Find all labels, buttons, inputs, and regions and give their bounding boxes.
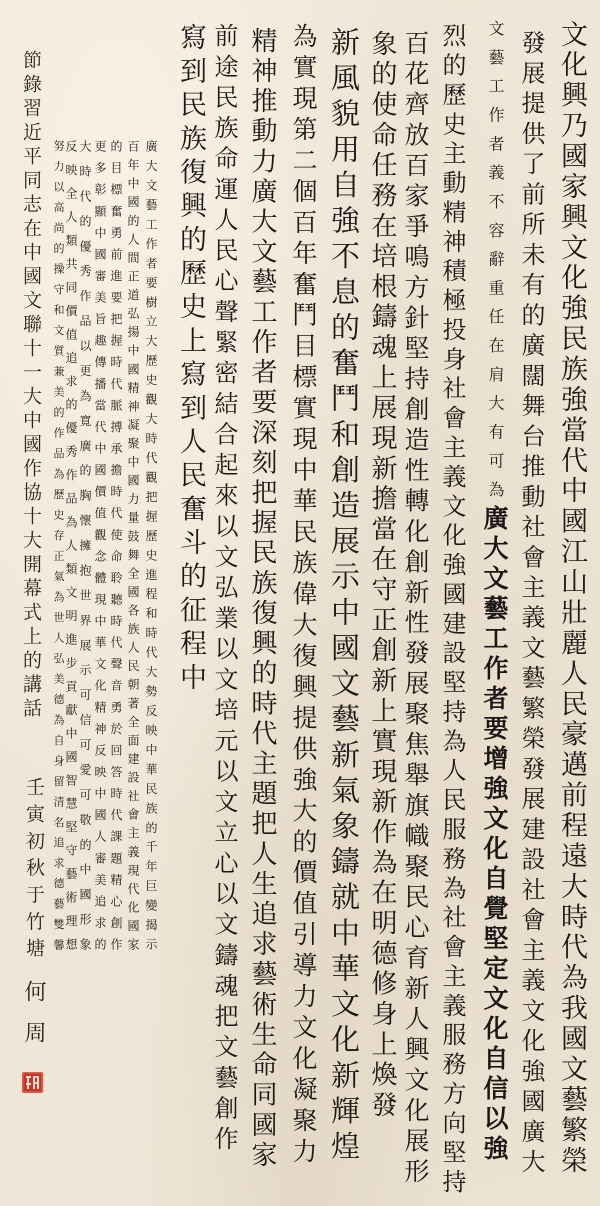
main-text-column-4: 烈的歷史主動精神積極投身社會主義文化強國建設堅持為人民服務為社會主義服務方向堅持 xyxy=(440,23,464,1193)
main-text-column-6: 象的使命任務在培根鑄魂上展現新擔當在守正創新上實現新作為在明德修身上煥發 xyxy=(369,30,395,1117)
inscription-title-line: 節錄習近平同志在中國文聯十一大中國作協十大開幕式上的講話 xyxy=(21,50,40,717)
main-text-column-7: 新風貌用自強不息的奮鬥和創造展示中國文藝新氣象鑄就中華文化新輝煌 xyxy=(329,27,358,1160)
main-text-column-1: 文化興乃國家興文化強民族強當代中國江山壯麗人民豪邁前程遠大時代為我國文藝繁榮 xyxy=(557,20,585,1173)
main-text-column-9: 精神推動力廣大文藝工作者要深刻把握民族復興的時代主題把人生追求藝術生命同國家 xyxy=(249,27,275,1167)
annotation-column-3: 的目標奮勇前進要把握時代脈搏承擔時代使命聆聽時代聲音勇於回答時代課題精心創作 xyxy=(110,140,122,950)
annotation-column-2: 百年中國的人間正道弘揚中國精神凝聚中國力量鼓舞全國各族人民朝著全面建設社會主義現… xyxy=(127,140,139,950)
main-text-column-11: 寫到民族復興的歷史上寫到人民奮斗的征程中 xyxy=(177,23,204,690)
inscription-date-place: 壬寅初秋于竹塘 xyxy=(24,777,43,957)
main-text-column-3-small: 文藝工作者義不容辭重任在肩大有可為 xyxy=(486,20,503,497)
main-text-column-10: 前途民族命運人民心聲緊密結合起來以文弘業以文培元以文立心以文鑄魂把文藝創作 xyxy=(212,23,236,1150)
artist-signature: 何周 xyxy=(22,980,44,1043)
annotation-column-4: 更多彰顯中國審美旨趣傳播當代中國價值觀念體現中華文化精神反映中國人審美追求的 xyxy=(94,140,106,950)
main-text-column-5: 百花齊放百家爭鳴方針堅持創造性轉化創新性發展聚焦舉旗幟聚民心育新人興文化展形 xyxy=(403,30,428,1183)
annotation-column-5: 大時代的優秀作品以更為寬廣的胸懷擁抱世界展示可信可愛可敬的中國形象 xyxy=(79,140,91,950)
seal-glyph-stroke xyxy=(26,1083,31,1085)
annotation-column-6: 反映全人類共同價值追求的優秀作品為人類文明進步貢獻中國智慧堅守藝術理想 xyxy=(65,140,77,950)
annotation-column-1: 廣大文藝工作者要樹立大歷史觀大時代觀把握歷史進程和時代大勢反映中華民族的千年巨變… xyxy=(145,140,157,950)
seal-glyph-stroke xyxy=(33,1082,39,1084)
main-text-column-8: 為實現第二個百年奮鬥目標實現中華民族偉大復興提供強大的價值引導力文化凝聚力 xyxy=(291,23,316,1163)
calligraphy-scroll: 文化興乃國家興文化強民族強當代中國江山壯麗人民豪邁前程遠大時代為我國文藝繁榮 發… xyxy=(0,0,600,1206)
main-text-column-3: 廣大文藝工作者要增強文化自覺堅定文化自信以強 xyxy=(482,505,507,1160)
main-text-column-2: 發展提供了前所未有的廣闊舞台推動社會主義文藝繁榮發展建設社會主義文化強國廣大 xyxy=(518,30,543,1173)
annotation-column-7: 努力以高尚的操守和文質兼美的作品為歷史存正氣為世人弘美德為自身留清名追求德藝雙馨 xyxy=(53,140,64,950)
artist-seal xyxy=(22,1072,43,1093)
